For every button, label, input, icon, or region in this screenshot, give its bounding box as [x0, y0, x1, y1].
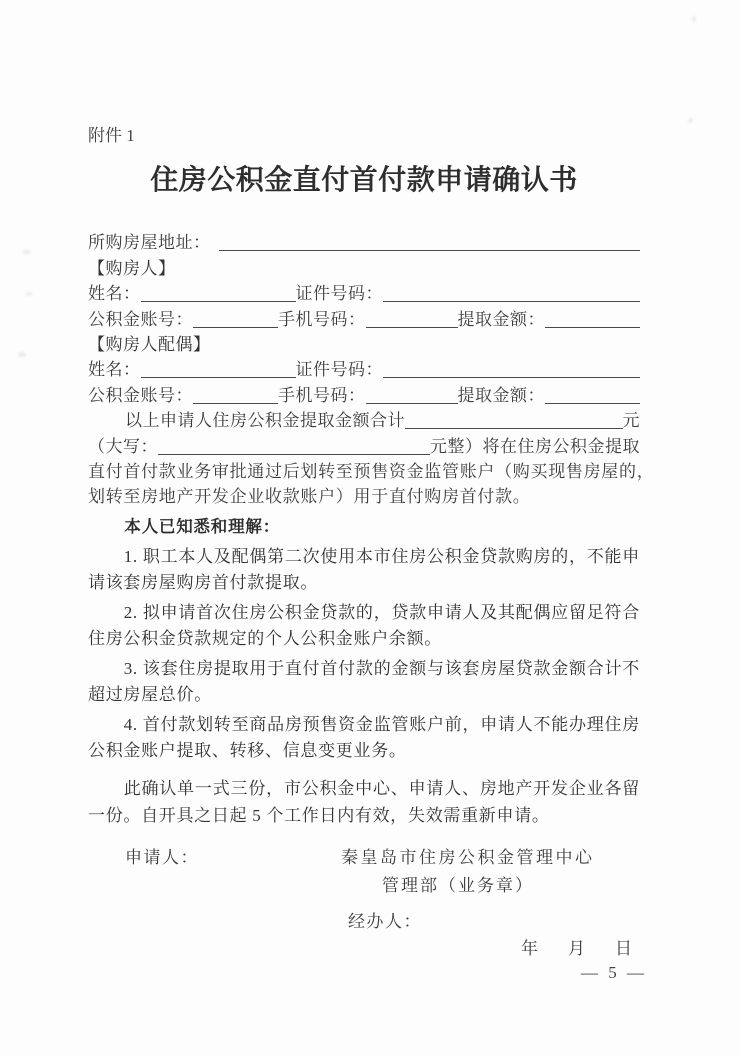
document-content: 附件 1 住房公积金直付首付款申请确认书 所购房屋地址： 【购房人】 姓名： 证… — [88, 0, 640, 961]
buyer-id-field-blank — [383, 284, 640, 302]
spouse-phone-field-blank — [366, 386, 458, 404]
buyer-name-field-blank — [141, 284, 296, 302]
form-block: 所购房屋地址： 【购房人】 姓名： 证件号码： 公积金账号： 手机号码： 提取金… — [88, 228, 640, 507]
notice-heading: 本人已知悉和理解： — [88, 514, 640, 540]
buyer-account-field-blank — [193, 310, 278, 328]
notice-item-4: 4. 首付款划转至商品房预售资金监管账户前，申请人不能办理住房公积金账户提取、转… — [88, 712, 640, 764]
name-label: 姓名： — [88, 283, 141, 304]
phone-label: 手机号码： — [278, 309, 366, 330]
flow-text-1: 直付首付款业务审批通过后划转至预售资金监管账户（购买现售房屋的， — [88, 461, 654, 482]
notice-item-3: 3. 该套住房提取用于直付首付款的金额与该套房屋贷款金额合计不超过房屋总价。 — [88, 656, 640, 708]
address-field-blank — [219, 233, 641, 251]
buyer-amount-field-blank — [545, 310, 640, 328]
buyer-phone-field-blank — [366, 310, 458, 328]
center-name: 秦皇岛市住房公积金管理中心 — [341, 846, 595, 870]
flow-text-line-1: 直付首付款业务审批通过后划转至预售资金监管账户（购买现售房屋的， — [88, 457, 640, 482]
id-label: 证件号码： — [296, 359, 384, 380]
total-unit-label: 元 — [623, 410, 641, 431]
scanned-document-page: 附件 1 住房公积金直付首付款申请确认书 所购房屋地址： 【购房人】 姓名： 证… — [0, 0, 740, 1055]
scan-artifact — [692, 16, 696, 22]
total-amount-label: 以上申请人住房公积金提取金额合计 — [125, 410, 405, 431]
department-seal-line: 管理部（业务章） — [382, 874, 640, 898]
amount-in-words-row: （大写： 元整）将在住房公积金提取 — [88, 431, 640, 456]
address-label: 所购房屋地址： — [88, 232, 211, 253]
month-label: 月 — [568, 937, 585, 961]
year-label: 年 — [521, 937, 538, 961]
total-amount-field-blank — [405, 411, 623, 429]
name-label: 姓名： — [88, 359, 141, 380]
scan-artifact — [26, 292, 32, 296]
signature-row: 申请人： 秦皇岛市住房公积金管理中心 — [88, 846, 640, 870]
handler-label: 经办人： — [348, 910, 640, 934]
spouse-name-field-blank — [141, 360, 296, 378]
flow-text-line-2: 划转至房地产开发企业收款账户）用于直付购房首付款。 — [88, 482, 640, 507]
applicant-label: 申请人： — [125, 846, 199, 870]
id-label: 证件号码： — [296, 283, 384, 304]
spouse-account-field-blank — [193, 386, 278, 404]
amount-label: 提取金额： — [458, 385, 546, 406]
phone-label: 手机号码： — [278, 385, 366, 406]
attachment-label: 附件 1 — [88, 126, 640, 146]
copies-note: 此确认单一式三份，市公积金中心、申请人、房地产开发企业各留一份。自开具之日起 5… — [88, 776, 640, 829]
account-label: 公积金账号： — [88, 385, 193, 406]
spouse-account-row: 公积金账号： 手机号码： 提取金额： — [88, 380, 640, 405]
page-number: — 5 — — [581, 963, 647, 983]
buyer-name-row: 姓名： 证件号码： — [88, 279, 640, 304]
scan-artifact — [688, 118, 693, 123]
caps-prefix-label: （大写： — [88, 436, 158, 457]
amount-label: 提取金额： — [458, 309, 546, 330]
buyer-account-row: 公积金账号： 手机号码： 提取金额： — [88, 304, 640, 329]
buyer-section-heading: 【购房人】 — [88, 253, 640, 278]
address-row: 所购房屋地址： — [88, 228, 640, 253]
amount-in-words-field-blank — [158, 437, 430, 455]
document-title: 住房公积金直付首付款申请确认书 — [88, 162, 640, 200]
scan-artifact — [22, 250, 31, 254]
date-line: 年 月 日 — [521, 937, 640, 961]
spouse-section-heading: 【购房人配偶】 — [88, 330, 640, 355]
day-label: 日 — [615, 937, 632, 961]
account-label: 公积金账号： — [88, 309, 193, 330]
total-amount-row: 以上申请人住房公积金提取金额合计 元 — [88, 406, 640, 431]
spouse-amount-field-blank — [545, 386, 640, 404]
spouse-id-field-blank — [383, 360, 640, 378]
notice-item-1: 1. 职工本人及配偶第二次使用本市住房公积金贷款购房的，不能申请该套房屋购房首付… — [88, 544, 640, 596]
caps-suffix-text: 元整）将在住房公积金提取 — [430, 436, 640, 457]
flow-text-2: 划转至房地产开发企业收款账户）用于直付购房首付款。 — [88, 486, 531, 507]
notice-item-2: 2. 拟申请首次住房公积金贷款的，贷款申请人及其配偶应留足符合住房公积金贷款规定… — [88, 600, 640, 652]
spouse-name-row: 姓名： 证件号码： — [88, 355, 640, 380]
scan-artifact — [18, 352, 26, 357]
